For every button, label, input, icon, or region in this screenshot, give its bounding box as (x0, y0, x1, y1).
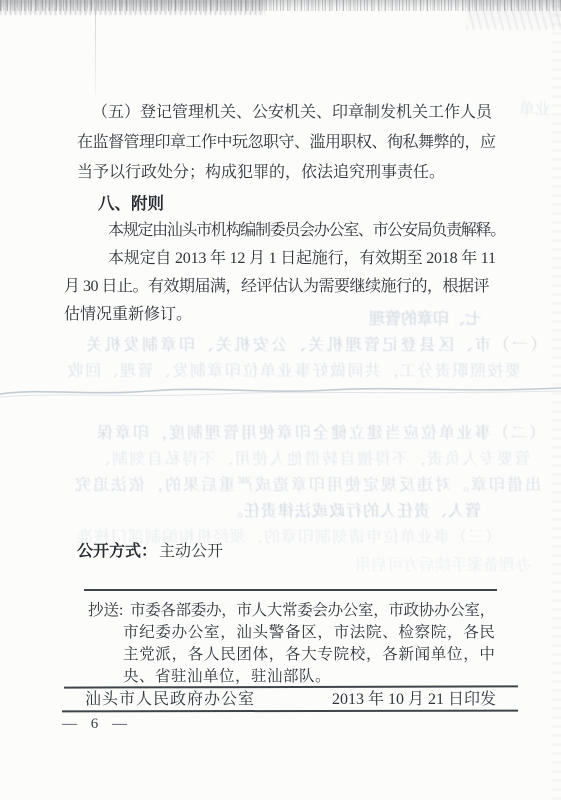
bleedthrough-text: 办理备案手续后方可启用 (355, 552, 531, 575)
scan-edge-noise-left (0, 0, 265, 15)
scanned-document-page: 七、印章的管理 （一）市、区县登记管理机关、公安机关、印章制发机关 要按照职责分… (0, 0, 561, 800)
body-line-item5-1: （五）登记管理机关、公安机关、印章制发机关工作人员 (92, 103, 492, 123)
disclosure-method-value: 主动公开 (159, 543, 223, 560)
bleedthrough-text: 管人、责任人的行政或法律责任。 (226, 498, 481, 521)
cc-line-1: 市委各部委办，市人大常委会办公室，市政协办公室， (130, 601, 495, 621)
footer-top-rule (64, 685, 518, 688)
footer-issuing-office: 汕头市人民政府办公室 (85, 690, 255, 710)
body-line-validity-3: 估情况重新修订。 (64, 305, 192, 325)
paper-fold-line (95, 7, 96, 95)
bleedthrough-text: （一）市、区县登记管理机关、公安机关、印章制发机关 (84, 332, 547, 355)
disclosure-method-line: 公开方式：主动公开 (77, 542, 223, 562)
section-heading-supplementary: 八、附则 (98, 194, 164, 214)
cc-line-4: 央、省驻汕单位，驻汕部队。 (123, 667, 331, 687)
cc-label: 抄送: (88, 601, 123, 621)
disclosure-method-label: 公开方式： (77, 543, 157, 560)
bleedthrough-text: （二）事业单位应当建立健全印章使用管理制度，印章保 (95, 420, 545, 443)
body-line-item5-2: 在监督管理印章工作中玩忽职守、滥用职权、徇私舞弊的，应 (77, 133, 496, 153)
footer-print-date: 2013 年 10 月 21 日印发 (332, 690, 496, 710)
cc-block-top-rule (84, 589, 497, 591)
paper-crease-line (0, 378, 561, 404)
scan-edge-noise-right (466, 0, 561, 30)
body-line-interpretation: 本规定由汕头市机构编制委员会办公室、市公安局负责解释。 (108, 221, 505, 241)
bleedthrough-text: 管要专人负责，不得擅自转借他人使用，不得私自刻制、 (93, 446, 531, 469)
body-line-validity-1: 本规定自 2013 年 12 月 1 日起施行，有效期至 2018 年 11 (108, 249, 496, 269)
bleedthrough-text: 业单 (519, 96, 551, 119)
cc-line-2: 市纪委办公室，汕头警备区，市法院、检察院，各民 (123, 623, 496, 643)
cc-line-3: 主党派，各人民团体，各大专院校，各新闻单位，中 (123, 645, 496, 665)
footer-bottom-rule (62, 710, 518, 713)
bleedthrough-text: 七、印章的管理 (369, 306, 481, 329)
body-line-item5-3: 当予以行政处分；构成犯罪的，依法追究刑事责任。 (77, 163, 445, 183)
page-number: — 6 — (62, 714, 132, 734)
bleedthrough-text: 出借印章。对违反规定使用印章造成严重后果的，依法追究 (73, 472, 541, 495)
body-line-validity-2: 月 30 日止。有效期届满，经评估认为需要继续施行的，根据评 (64, 277, 489, 297)
